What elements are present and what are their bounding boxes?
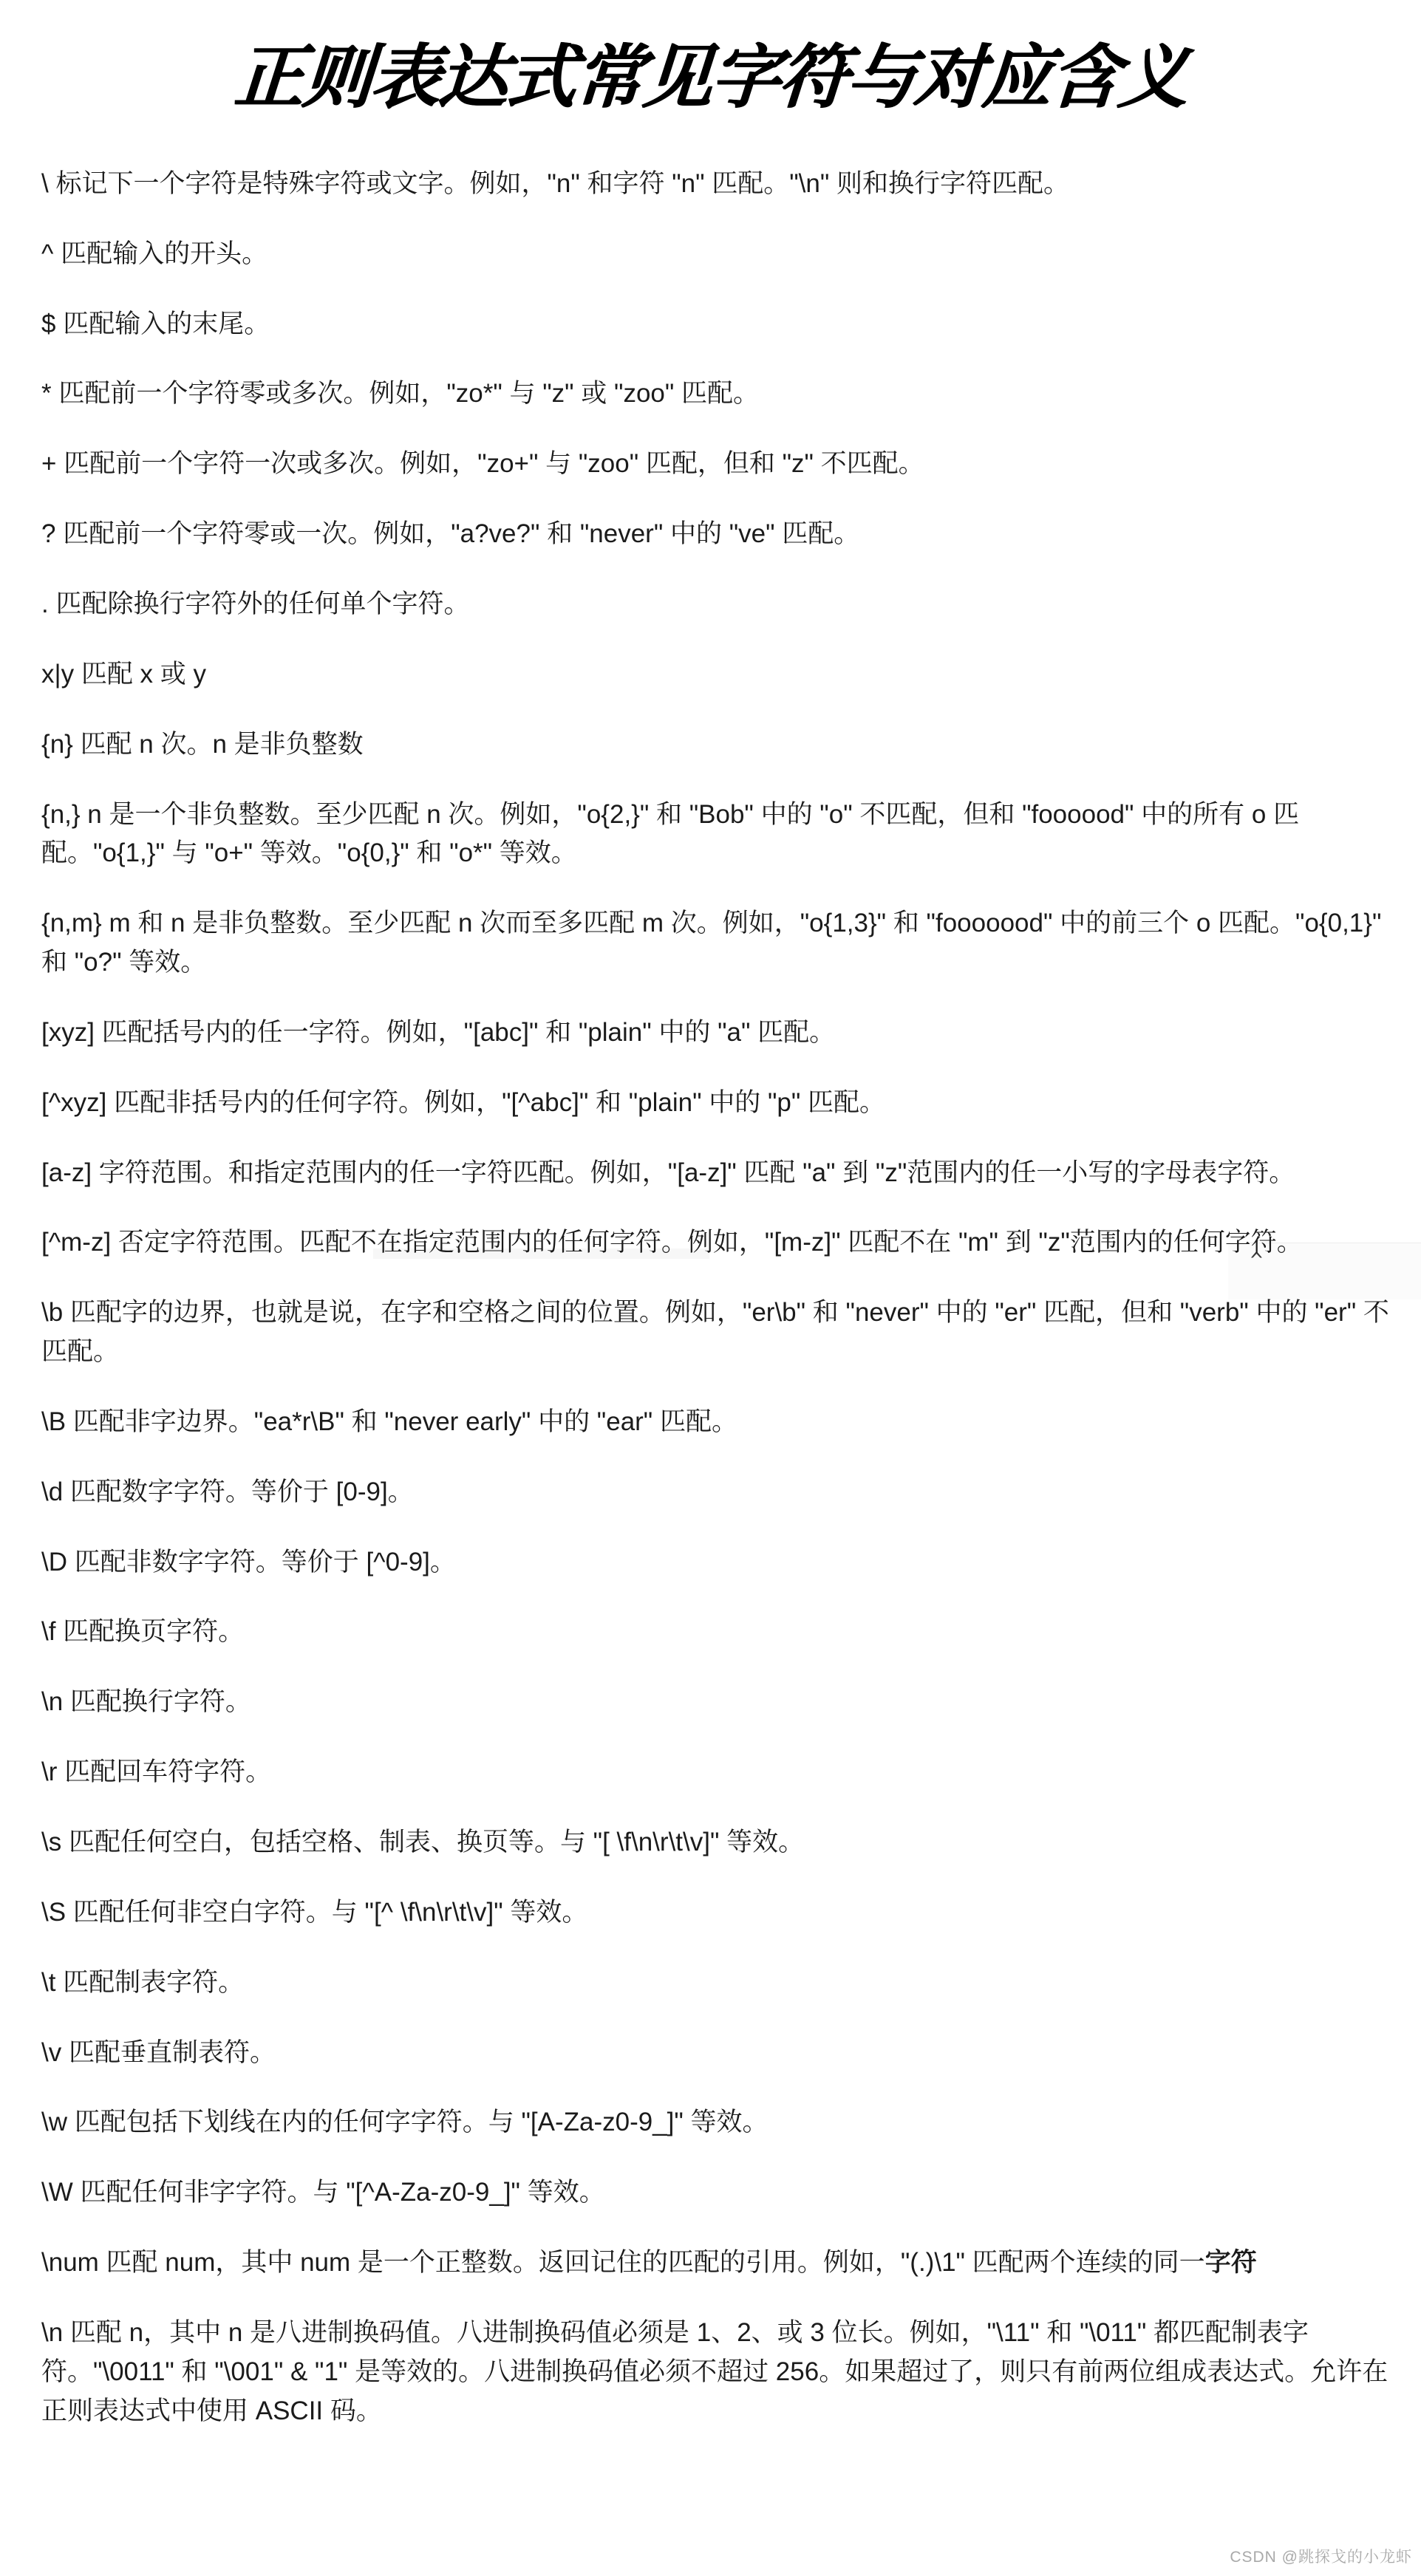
document-page: { "page": { "title": "正则表达式常见字符与对应含义", "… [0,0,1421,2576]
definition-paragraph: x|y 匹配 x 或 y [41,655,1408,694]
definition-text: \B 匹配非字边界。"ea*r\B" 和 "never early" 中的 "e… [41,1407,737,1436]
definition-paragraph: \r 匹配回车符字符。 [41,1753,1408,1792]
definition-text: \D 匹配非数字字符。等价于 [^0-9]。 [41,1548,456,1576]
definition-bold-text: 字符 [1205,2248,1257,2277]
definition-text: + 匹配前一个字符一次或多次。例如，"zo+" 与 "zoo" 匹配，但和 "z… [41,449,924,478]
definition-paragraph: \w 匹配包括下划线在内的任何字字符。与 "[A-Za-z0-9_]" 等效。 [41,2103,1408,2142]
definition-text: \n 匹配换行字符。 [41,1687,251,1716]
definition-text: {n,} n 是一个非负整数。至少匹配 n 次。例如，"o{2,}" 和 "Bo… [41,800,1299,868]
definitions-list: \ 标记下一个字符是特殊字符或文字。例如，"n" 和字符 "n" 匹配。"\n"… [0,165,1421,2431]
definition-paragraph: {n,m} m 和 n 是非负整数。至少匹配 n 次而至多匹配 m 次。例如，"… [41,904,1408,983]
definition-text: {n} 匹配 n 次。n 是非负整数 [41,730,364,759]
definition-paragraph: \v 匹配垂直制表符。 [41,2034,1408,2073]
definition-text: ? 匹配前一个字符零或一次。例如，"a?ve?" 和 "never" 中的 "v… [41,519,859,548]
definition-paragraph: ^ 匹配输入的开头。 [41,235,1408,274]
definition-paragraph: [^xyz] 匹配非括号内的任何字符。例如，"[^abc]" 和 "plain"… [41,1084,1408,1123]
definition-text: \S 匹配任何非空白字符。与 "[^ \f\n\r\t\v]" 等效。 [41,1898,587,1927]
document-header: 正则表达式常见字符与对应含义 [0,0,1421,119]
definition-paragraph: \num 匹配 num，其中 num 是一个正整数。返回记住的匹配的引用。例如，… [41,2244,1408,2283]
definition-text: \ 标记下一个字符是特殊字符或文字。例如，"n" 和字符 "n" 匹配。"\n"… [41,169,1069,198]
definition-paragraph: * 匹配前一个字符零或多次。例如，"zo*" 与 "z" 或 "zoo" 匹配。 [41,375,1408,414]
definition-paragraph: \b 匹配字的边界，也就是说，在字和空格之间的位置。例如，"er\b" 和 "n… [41,1294,1408,1372]
definition-text: \b 匹配字的边界，也就是说，在字和空格之间的位置。例如，"er\b" 和 "n… [41,1298,1389,1366]
definition-paragraph: \d 匹配数字字符。等价于 [0-9]。 [41,1473,1408,1512]
definition-text: \t 匹配制表字符。 [41,1968,244,1997]
definition-text: . 匹配除换行字符外的任何单个字符。 [41,590,469,618]
definition-paragraph: \S 匹配任何非空白字符。与 "[^ \f\n\r\t\v]" 等效。 [41,1893,1408,1933]
definition-text: \s 匹配任何空白，包括空格、制表、换页等。与 "[ \f\n\r\t\v]" … [41,1828,804,1856]
definition-paragraph: \n 匹配换行字符。 [41,1683,1408,1722]
definition-paragraph: \W 匹配任何非字字符。与 "[^A-Za-z0-9_]" 等效。 [41,2173,1408,2213]
definition-text: [^xyz] 匹配非括号内的任何字符。例如，"[^abc]" 和 "plain"… [41,1088,885,1117]
definition-text: \num 匹配 num，其中 num 是一个正整数。返回记住的匹配的引用。例如，… [41,2248,1205,2277]
csdn-watermark: CSDN @跳探戈的小龙虾 [1230,2545,1412,2567]
definition-paragraph: + 匹配前一个字符一次或多次。例如，"zo+" 与 "zoo" 匹配，但和 "z… [41,445,1408,484]
definition-paragraph: ? 匹配前一个字符零或一次。例如，"a?ve?" 和 "never" 中的 "v… [41,515,1408,554]
definition-text: * 匹配前一个字符零或多次。例如，"zo*" 与 "z" 或 "zoo" 匹配。 [41,379,759,408]
definition-text: {n,m} m 和 n 是非负整数。至少匹配 n 次而至多匹配 m 次。例如，"… [41,909,1381,977]
definition-text: \n 匹配 n，其中 n 是八进制换码值。八进制换码值必须是 1、2、或 3 位… [41,2318,1388,2425]
definition-text: [^m-z] 否定字符范围。匹配不在指定范围内的任何字符。例如，"[m-z]" … [41,1228,1303,1257]
definition-paragraph: \s 匹配任何空白，包括空格、制表、换页等。与 "[ \f\n\r\t\v]" … [41,1823,1408,1862]
definition-text: [xyz] 匹配括号内的任一字符。例如，"[abc]" 和 "plain" 中的… [41,1018,835,1047]
definition-paragraph: . 匹配除换行字符外的任何单个字符。 [41,585,1408,624]
definition-paragraph: {n,} n 是一个非负整数。至少匹配 n 次。例如，"o{2,}" 和 "Bo… [41,796,1408,874]
definition-paragraph: \t 匹配制表字符。 [41,1964,1408,2003]
definition-text: [a-z] 字符范围。和指定范围内的任一字符匹配。例如，"[a-z]" 匹配 "… [41,1158,1295,1187]
definition-paragraph: $ 匹配输入的末尾。 [41,305,1408,344]
definition-paragraph: [a-z] 字符范围。和指定范围内的任一字符匹配。例如，"[a-z]" 匹配 "… [41,1154,1408,1193]
definition-text: $ 匹配输入的末尾。 [41,310,270,338]
definition-paragraph: \n 匹配 n，其中 n 是八进制换码值。八进制换码值必须是 1、2、或 3 位… [41,2314,1408,2431]
definition-text: \v 匹配垂直制表符。 [41,2038,276,2067]
definition-text: \d 匹配数字字符。等价于 [0-9]。 [41,1477,414,1506]
definition-text: x|y 匹配 x 或 y [41,660,206,689]
definition-paragraph: [xyz] 匹配括号内的任一字符。例如，"[abc]" 和 "plain" 中的… [41,1014,1408,1053]
definition-text: \w 匹配包括下划线在内的任何字字符。与 "[A-Za-z0-9_]" 等效。 [41,2108,769,2136]
definition-paragraph: {n} 匹配 n 次。n 是非负整数 [41,725,1408,765]
definition-paragraph: \D 匹配非数字字符。等价于 [^0-9]。 [41,1543,1408,1582]
definition-text: ^ 匹配输入的开头。 [41,239,267,268]
definition-text: \f 匹配换页字符。 [41,1617,244,1646]
definition-paragraph: \f 匹配换页字符。 [41,1613,1408,1652]
definition-text: \W 匹配任何非字字符。与 "[^A-Za-z0-9_]" 等效。 [41,2178,605,2207]
definition-paragraph: \B 匹配非字边界。"ea*r\B" 和 "never early" 中的 "e… [41,1403,1408,1442]
definition-text: \r 匹配回车符字符。 [41,1757,271,1786]
definition-paragraph: \ 标记下一个字符是特殊字符或文字。例如，"n" 和字符 "n" 匹配。"\n"… [41,165,1408,204]
page-title: 正则表达式常见字符与对应含义 [0,37,1421,119]
definition-paragraph: [^m-z] 否定字符范围。匹配不在指定范围内的任何字符。例如，"[m-z]" … [41,1223,1408,1263]
